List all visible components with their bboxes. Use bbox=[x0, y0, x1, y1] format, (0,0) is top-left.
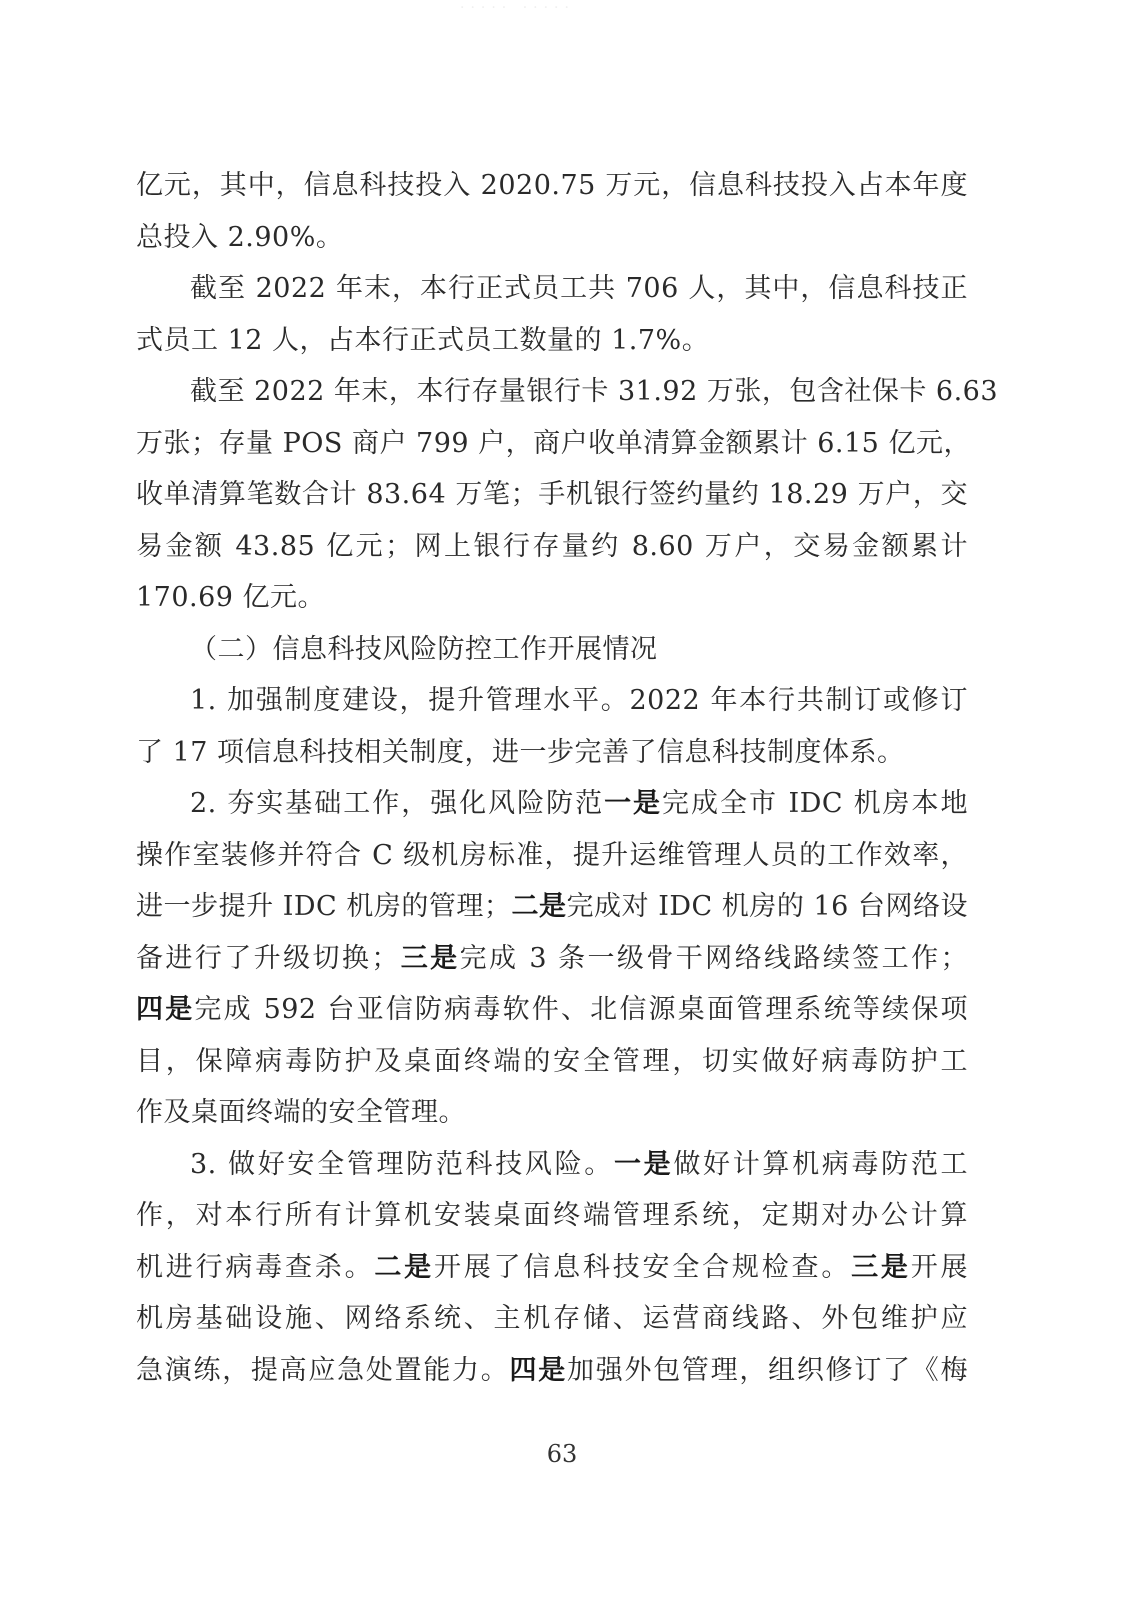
bold-marker: 二是 bbox=[374, 1252, 434, 1283]
document-body: 亿元，其中，信息科技投入 2020.75 万元，信息科技投入占本年度 总投入 2… bbox=[136, 160, 968, 1396]
bold-marker: 三是 bbox=[399, 943, 460, 974]
text-line: 机进行病毒查杀。二是开展了信息科技安全合规检查。三是开展 bbox=[136, 1242, 968, 1294]
text-line: 亿元，其中，信息科技投入 2020.75 万元，信息科技投入占本年度 bbox=[136, 160, 968, 212]
page-number: 63 bbox=[0, 1440, 1124, 1468]
text-run: 加强外包管理，组织修订了《梅 bbox=[567, 1355, 968, 1386]
text-line: 急演练，提高应急处置能力。四是加强外包管理，组织修订了《梅 bbox=[136, 1345, 968, 1397]
paragraph-staff: 截至 2022 年末，本行正式员工共 706 人，其中，信息科技正 式员工 12… bbox=[136, 263, 968, 366]
text-line: 目，保障病毒防护及桌面终端的安全管理，切实做好病毒防护工 bbox=[136, 1036, 968, 1088]
text-run: 做好计算机病毒防范工 bbox=[673, 1149, 968, 1180]
text-run: 完成全市 IDC 机房本地 bbox=[662, 788, 968, 819]
text-run: 开展 bbox=[911, 1252, 968, 1283]
text-line: 易金额 43.85 亿元；网上银行存量约 8.60 万户，交易金额累计 bbox=[136, 521, 968, 573]
text-line: 170.69 亿元。 bbox=[136, 572, 968, 624]
text-run: 进一步提升 IDC 机房的管理； bbox=[136, 891, 511, 922]
text-line: 2. 夯实基础工作，强化风险防范一是完成全市 IDC 机房本地 bbox=[136, 778, 968, 830]
text-line: 总投入 2.90%。 bbox=[136, 212, 968, 264]
text-line: 作，对本行所有计算机安装桌面终端管理系统，定期对办公计算 bbox=[136, 1190, 968, 1242]
text-run: 机进行病毒查杀。 bbox=[136, 1252, 374, 1283]
paragraph-investment: 亿元，其中，信息科技投入 2020.75 万元，信息科技投入占本年度 总投入 2… bbox=[136, 160, 968, 263]
text-line: 四是完成 592 台亚信防病毒软件、北信源桌面管理系统等续保项 bbox=[136, 984, 968, 1036]
bold-marker: 四是 bbox=[136, 994, 194, 1025]
text-line: 操作室装修并符合 C 级机房标准，提升运维管理人员的工作效率， bbox=[136, 830, 968, 882]
text-line: 了 17 项信息科技相关制度，进一步完善了信息科技制度体系。 bbox=[136, 727, 968, 779]
section-heading: （二）信息科技风险防控工作开展情况 bbox=[136, 624, 968, 676]
text-line: 截至 2022 年末，本行存量银行卡 31.92 万张，包含社保卡 6.63 bbox=[136, 366, 968, 418]
bold-marker: 二是 bbox=[511, 891, 566, 922]
text-run: 完成对 IDC 机房的 16 台网络设 bbox=[567, 891, 968, 922]
text-line: 进一步提升 IDC 机房的管理；二是完成对 IDC 机房的 16 台网络设 bbox=[136, 881, 968, 933]
heading-text: （二）信息科技风险防控工作开展情况 bbox=[136, 624, 968, 676]
text-line: 3. 做好安全管理防范科技风险。一是做好计算机病毒防范工 bbox=[136, 1139, 968, 1191]
text-run: 开展了信息科技安全合规检查。 bbox=[434, 1252, 851, 1283]
text-line: 万张；存量 POS 商户 799 户，商户收单清算金额累计 6.15 亿元， bbox=[136, 418, 968, 470]
bold-marker: 一是 bbox=[614, 1149, 673, 1180]
text-run: 3. 做好安全管理防范科技风险。 bbox=[190, 1149, 614, 1180]
text-line: 机房基础设施、网络系统、主机存储、运营商线路、外包维护应 bbox=[136, 1293, 968, 1345]
paragraph-item-1: 1. 加强制度建设，提升管理水平。2022 年本行共制订或修订 了 17 项信息… bbox=[136, 675, 968, 778]
text-line: 收单清算笔数合计 83.64 万笔；手机银行签约量约 18.29 万户，交 bbox=[136, 469, 968, 521]
document-page: ····· ····· 亿元，其中，信息科技投入 2020.75 万元，信息科技… bbox=[0, 0, 1124, 1600]
bold-marker: 四是 bbox=[510, 1355, 567, 1386]
text-line: 备进行了升级切换；三是完成 3 条一级骨干网络线路续签工作； bbox=[136, 933, 968, 985]
bleed-through-text: ····· ····· bbox=[460, 0, 680, 14]
text-run: 完成 592 台亚信防病毒软件、北信源桌面管理系统等续保项 bbox=[194, 994, 968, 1025]
paragraph-cards: 截至 2022 年末，本行存量银行卡 31.92 万张，包含社保卡 6.63 万… bbox=[136, 366, 968, 624]
text-run: 2. 夯实基础工作，强化风险防范 bbox=[190, 788, 604, 819]
text-line: 式员工 12 人，占本行正式员工数量的 1.7%。 bbox=[136, 315, 968, 367]
bold-marker: 三是 bbox=[851, 1252, 911, 1283]
bold-marker: 一是 bbox=[604, 788, 662, 819]
text-run: 急演练，提高应急处置能力。 bbox=[136, 1355, 510, 1386]
text-line: 截至 2022 年末，本行正式员工共 706 人，其中，信息科技正 bbox=[136, 263, 968, 315]
text-run: 完成 3 条一级骨干网络线路续签工作； bbox=[460, 943, 968, 974]
text-line: 1. 加强制度建设，提升管理水平。2022 年本行共制订或修订 bbox=[136, 675, 968, 727]
paragraph-item-2: 2. 夯实基础工作，强化风险防范一是完成全市 IDC 机房本地 操作室装修并符合… bbox=[136, 778, 968, 1139]
paragraph-item-3: 3. 做好安全管理防范科技风险。一是做好计算机病毒防范工 作，对本行所有计算机安… bbox=[136, 1139, 968, 1397]
text-line: 作及桌面终端的安全管理。 bbox=[136, 1087, 968, 1139]
text-run: 备进行了升级切换； bbox=[136, 943, 399, 974]
